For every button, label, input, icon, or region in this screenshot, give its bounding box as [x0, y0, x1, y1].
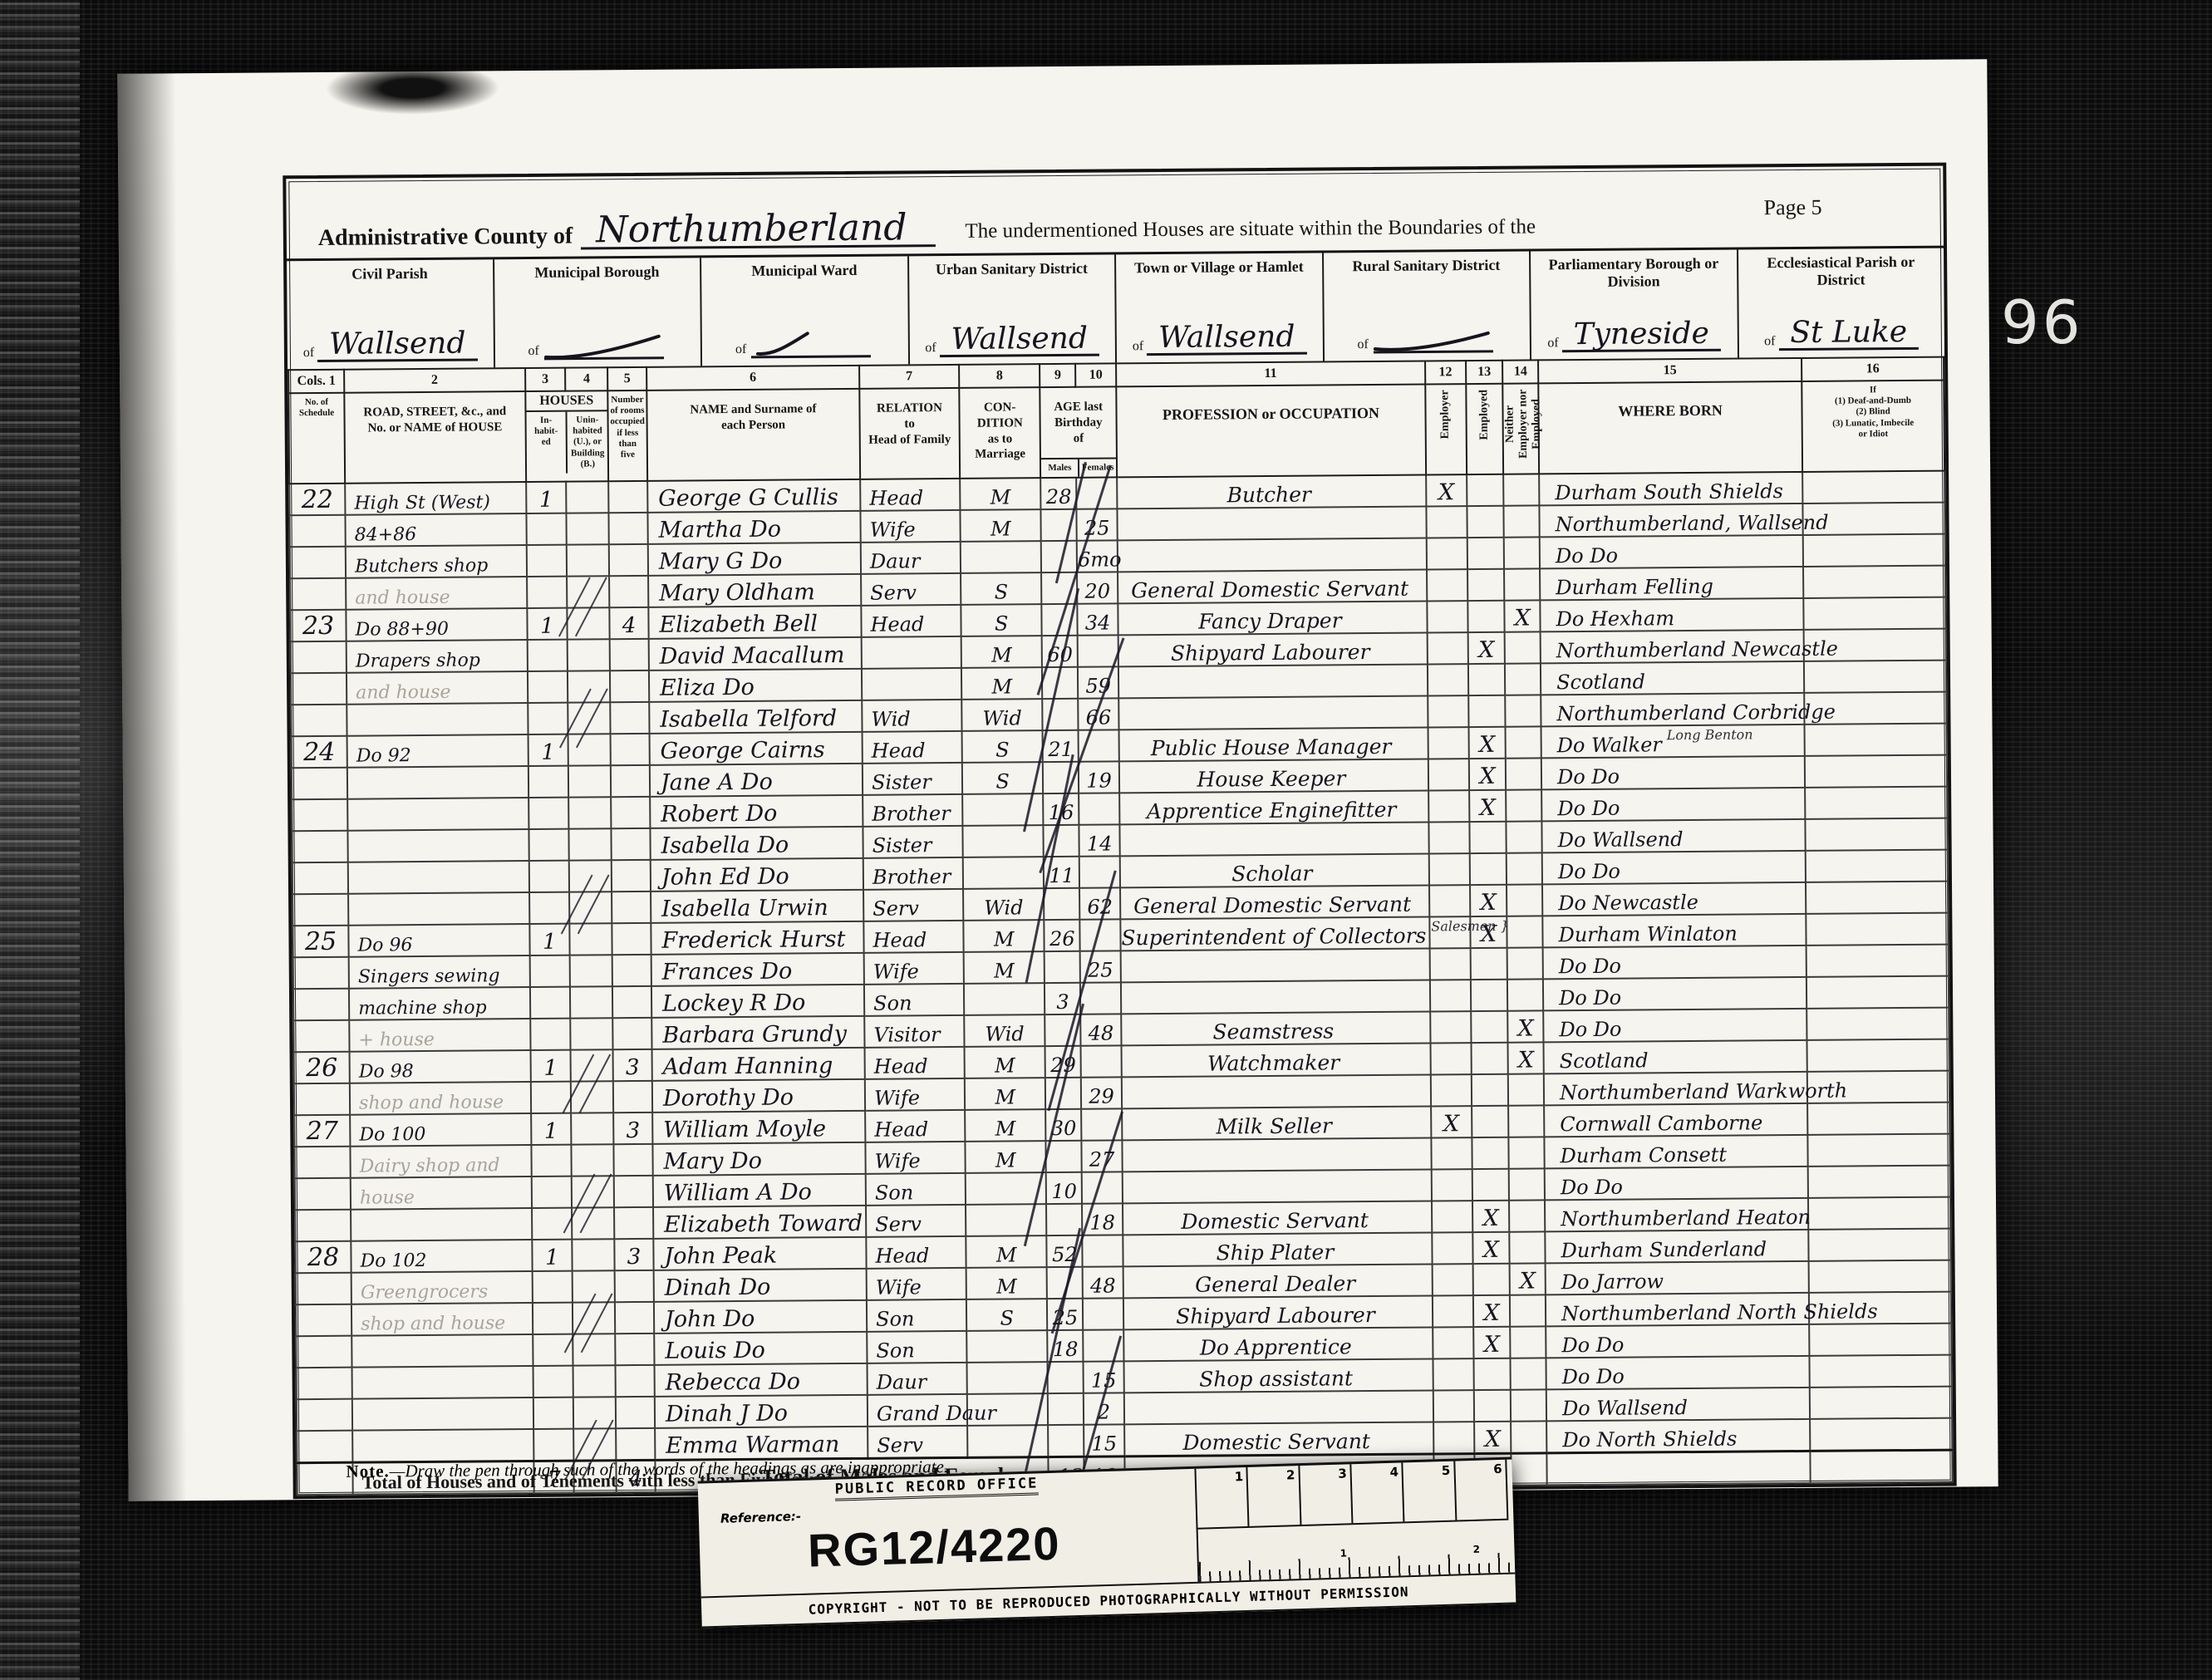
col-females-label: Females	[1079, 459, 1116, 478]
col-inhabited-label: In- habit- ed	[526, 412, 568, 474]
age-female	[1078, 636, 1118, 667]
person-name: Mary G Do	[648, 543, 861, 576]
marital-condition	[966, 1205, 1047, 1237]
employer-mark	[1428, 633, 1468, 665]
district-value: Wallsend	[1147, 323, 1307, 356]
employed-mark	[1467, 538, 1504, 569]
rooms-count	[610, 639, 649, 671]
marital-condition: S	[961, 731, 1043, 764]
ruler-scale: 1 2 3 4 5 6 1 2	[1195, 1460, 1511, 1582]
schedule-number	[291, 673, 347, 705]
occupation: Shipyard Labourer	[1123, 1296, 1433, 1330]
relation: Brother	[863, 857, 963, 890]
occupation	[1119, 823, 1428, 857]
blank-stroke	[750, 328, 874, 359]
schedule-number	[292, 894, 348, 926]
col-relation-label: RELATION to Head of Family	[860, 389, 959, 459]
where-born: Do Wallsend	[1541, 819, 1805, 852]
age-female: 18	[1082, 1204, 1123, 1235]
district-label: Rural Sanitary District	[1329, 257, 1525, 276]
column-labels-row: No. of Schedule ROAD, STREET, &c., and N…	[288, 381, 1944, 484]
totals-blank	[1512, 1453, 1547, 1486]
relation: Wife	[865, 1078, 965, 1111]
relation: Serv	[861, 573, 961, 606]
road-street: Greengrocers	[351, 1271, 533, 1304]
where-born: Scotland	[1544, 1040, 1807, 1073]
schedule-number	[295, 1210, 351, 1242]
houses-inhabited: 1	[528, 734, 568, 766]
age-female	[1079, 920, 1120, 951]
blank-stroke	[1372, 323, 1497, 354]
infirmity	[1806, 1008, 1949, 1040]
occupation	[1123, 1170, 1432, 1204]
age-female: 2	[1084, 1393, 1124, 1425]
age-female: 25	[1080, 951, 1121, 983]
district-label: Urban Sanitary District	[914, 259, 1110, 278]
occupation	[1122, 1138, 1431, 1172]
pro-reference-stamp: PUBLIC RECORD OFFICE Reference:- RG12/42…	[698, 1457, 1516, 1628]
rooms-count	[616, 1365, 655, 1397]
employed-mark: X	[1467, 632, 1505, 664]
age-female: 48	[1080, 1014, 1121, 1046]
where-born-text: Do Newcastle	[1558, 891, 1698, 915]
occupation-text: Shipyard Labourer	[1176, 1303, 1375, 1329]
ruler-sub-number: 2	[1472, 1544, 1480, 1555]
where-born: Do Do	[1541, 788, 1805, 821]
employed-mark	[1467, 569, 1505, 601]
employer-mark	[1428, 728, 1468, 759]
employed-mark	[1472, 1169, 1509, 1201]
marital-condition: S	[961, 605, 1042, 637]
road-street	[348, 892, 529, 926]
boundaries-text: The undermentioned Houses are situate wi…	[965, 215, 1536, 246]
houses-uninhabited	[568, 734, 611, 766]
age-male	[1041, 509, 1077, 541]
district-label: Town or Village or Hamlet	[1121, 258, 1317, 278]
where-born: Do Do	[1545, 1167, 1808, 1200]
infirmity	[1806, 976, 1949, 1009]
rooms-count	[612, 860, 651, 892]
marital-condition	[967, 1426, 1049, 1458]
rooms-count	[608, 481, 647, 513]
age-male	[1045, 888, 1080, 920]
employer-mark	[1428, 759, 1469, 791]
houses-inhabited: 1	[530, 1050, 571, 1082]
col-infirmity-label: If (1) Deaf-and-Dumb (2) Blind (3) Lunat…	[1802, 381, 1943, 444]
houses-inhabited	[529, 892, 570, 924]
where-born-text: Do North Shields	[1562, 1427, 1737, 1452]
where-born-text: Do Do	[1558, 860, 1620, 884]
neither-mark	[1506, 727, 1541, 759]
houses-inhabited	[530, 1019, 571, 1050]
occupation: General Domestic Servant	[1120, 886, 1429, 920]
district-parliamentary: Parliamentary Borough or Division of Tyn…	[1531, 250, 1739, 360]
rooms-count	[616, 1428, 655, 1461]
employed-mark	[1471, 980, 1508, 1011]
county-header: Administrative County of Northumberland …	[286, 166, 1944, 262]
relation: Son	[864, 984, 964, 1016]
relation: Serv	[866, 1205, 966, 1237]
neither-mark	[1511, 1422, 1546, 1454]
rooms-count	[613, 1081, 652, 1113]
employed-mark: X	[1473, 1327, 1511, 1358]
road-street	[352, 1366, 533, 1399]
houses-uninhabited	[573, 1398, 616, 1429]
where-born-text: Do Do	[1559, 986, 1621, 1010]
rooms-count	[612, 986, 651, 1018]
occupation: Ship Plater	[1123, 1233, 1432, 1267]
road-street: Drapers shop	[347, 640, 528, 673]
where-born-text: Do Walker	[1557, 734, 1662, 758]
houses-inhabited	[529, 955, 570, 987]
infirmity	[1808, 1229, 1950, 1261]
col-age-label: AGE last Birthday of	[1041, 387, 1116, 459]
neither-mark: X	[1505, 601, 1541, 632]
houses-inhabited	[526, 513, 567, 545]
rooms-count	[611, 797, 650, 828]
person-name: Frederick Hurst	[651, 921, 863, 955]
houses-uninhabited	[567, 482, 609, 513]
infirmity	[1809, 1260, 1951, 1293]
schedule-number	[292, 768, 347, 800]
age-male: 3	[1045, 983, 1080, 1014]
relation: Head	[863, 731, 962, 764]
col-houses-label: HOUSES	[526, 391, 607, 412]
person-name: Isabella Do	[650, 827, 863, 860]
where-born-text: Do Hexham	[1556, 607, 1674, 631]
district-header: Civil Parish of Wallsend Municipal Borou…	[287, 248, 1944, 370]
road-street: + house	[349, 1019, 530, 1052]
person-name: Mary Oldham	[648, 574, 861, 607]
relation: Sister	[863, 826, 962, 858]
marital-condition	[966, 1173, 1047, 1206]
age-male	[1046, 1204, 1082, 1235]
rooms-count	[609, 576, 648, 607]
person-name: Dinah Do	[654, 1269, 867, 1302]
occupation: General Domestic Servant	[1118, 570, 1427, 604]
schedule-number: 24	[292, 736, 347, 769]
infirmity	[1808, 1166, 1950, 1198]
occupation: Apprentice Enginefitter	[1119, 791, 1428, 825]
page-number: Page 5	[1763, 195, 1821, 241]
where-born: Do Do	[1541, 756, 1805, 789]
rooms-count	[612, 828, 651, 860]
age-female: 29	[1081, 1078, 1122, 1109]
age-female: 59	[1078, 667, 1118, 699]
age-male	[1042, 604, 1078, 636]
age-male	[1047, 1267, 1083, 1299]
relation: Son	[867, 1331, 966, 1363]
schedule-number: 28	[295, 1241, 351, 1274]
road-street: Do 98	[350, 1050, 531, 1083]
road-street: Do 100	[350, 1113, 531, 1147]
employed-mark	[1468, 695, 1506, 727]
houses-inhabited: 1	[527, 608, 568, 640]
where-born-text: Do Do	[1557, 797, 1620, 821]
road-street: Do 88+90	[346, 608, 527, 641]
neither-mark	[1504, 506, 1540, 538]
neither-mark	[1509, 1137, 1545, 1169]
road-street	[347, 798, 528, 831]
employed-mark: X	[1468, 759, 1506, 790]
person-name: Mary Do	[652, 1142, 865, 1176]
rooms-count	[610, 702, 649, 734]
where-born: Durham Consett	[1544, 1135, 1807, 1168]
relation: Serv	[863, 889, 963, 921]
col-employer-label: Employer	[1439, 390, 1453, 439]
houses-inhabited: 1	[529, 924, 570, 955]
houses-uninhabited	[572, 1145, 614, 1176]
age-male	[1043, 699, 1079, 730]
rooms-count	[609, 513, 648, 544]
age-male: 26	[1045, 920, 1080, 951]
person-name: Martha Do	[647, 511, 860, 544]
age-male	[1041, 541, 1077, 572]
marital-condition	[961, 542, 1042, 574]
where-born-text: Do Wallsend	[1558, 828, 1684, 852]
rooms-count	[614, 1207, 653, 1239]
houses-inhabited	[532, 1271, 573, 1303]
where-born: Northumberland, Wallsend	[1539, 504, 1802, 537]
age-female: 48	[1083, 1267, 1123, 1299]
road-street	[352, 1429, 533, 1462]
where-born-text: Northumberland Heaton	[1561, 1206, 1811, 1231]
road-street: Dairy shop and	[351, 1145, 532, 1178]
col-number: 12	[1425, 361, 1466, 384]
col-occupation-label: PROFESSION or OCCUPATION	[1117, 386, 1425, 444]
occupation	[1122, 1075, 1431, 1109]
age-female: 15	[1084, 1425, 1124, 1457]
district-value: Tyneside	[1561, 320, 1720, 352]
district-value: Wallsend	[939, 325, 1099, 357]
person-name: Frances Do	[651, 953, 864, 986]
neither-mark	[1507, 822, 1542, 853]
houses-inhabited	[530, 1082, 571, 1113]
age-male	[1043, 762, 1079, 793]
admin-county-label: Administrative County of	[318, 224, 573, 252]
relation: Visitor	[864, 1015, 964, 1048]
road-street: shop and house	[351, 1303, 533, 1336]
occupation: Milk Seller	[1122, 1107, 1431, 1141]
district-municipal-borough: Municipal Borough of	[494, 258, 703, 367]
occupation-text: Public House Manager	[1151, 734, 1392, 760]
marital-condition: M	[966, 1268, 1048, 1300]
relation: Grand Daur	[868, 1394, 967, 1427]
neither-mark	[1510, 1232, 1546, 1264]
age-male	[1042, 572, 1078, 604]
age-female: 25	[1077, 509, 1118, 541]
schedule-number	[293, 1020, 349, 1053]
employer-mark	[1430, 949, 1471, 980]
road-street	[348, 861, 529, 894]
person-name: Elizabeth Bell	[648, 606, 861, 639]
where-born-text: Do Do	[1557, 765, 1620, 789]
col-number: 15	[1538, 358, 1802, 383]
employed-mark	[1471, 1074, 1508, 1106]
infirmity	[1805, 755, 1947, 788]
where-born-text: Do Wallsend	[1562, 1397, 1688, 1421]
relation: Head	[865, 1110, 965, 1142]
neither-mark	[1507, 980, 1543, 1011]
marital-condition	[964, 984, 1045, 1016]
of-label: of	[303, 346, 314, 362]
relation: Son	[866, 1173, 966, 1206]
where-born: Northumberland North Shields	[1546, 1293, 1809, 1326]
where-born: Durham South Shields	[1539, 472, 1802, 505]
scanned-census-page: Administrative County of Northumberland …	[0, 0, 2212, 1680]
neither-mark	[1505, 664, 1541, 695]
occupation: House Keeper	[1119, 759, 1428, 793]
neither-mark	[1504, 569, 1540, 601]
stamp-reference-number: RG12/4220	[807, 1516, 1061, 1578]
employer-mark	[1429, 886, 1470, 917]
occupation-text: Shop assistant	[1199, 1367, 1353, 1392]
col-rooms-label: Number of rooms occupied if less than fi…	[608, 391, 646, 464]
employed-mark: X	[1472, 1232, 1510, 1264]
rooms-count: 3	[613, 1049, 652, 1081]
neither-mark	[1506, 695, 1541, 727]
houses-uninhabited	[568, 703, 611, 734]
col-number: 7	[859, 365, 959, 389]
relation: Wife	[865, 1142, 965, 1174]
marital-condition: M	[960, 510, 1041, 543]
relation: Head	[860, 479, 960, 511]
col-road-label: ROAD, STREET, &c., and No. or NAME of HO…	[345, 392, 524, 448]
district-town-village: Town or Village or Hamlet of Wallsend	[1116, 253, 1325, 362]
blank-stroke	[543, 330, 667, 361]
person-name: Lockey R Do	[651, 985, 864, 1018]
houses-uninhabited	[572, 1176, 614, 1208]
schedule-number	[291, 641, 347, 674]
marital-condition: M	[964, 952, 1045, 985]
age-female	[1083, 1330, 1123, 1362]
person-name: Barbara Grundy	[651, 1016, 864, 1049]
houses-inhabited: 1	[532, 1240, 573, 1271]
age-male: 10	[1046, 1172, 1082, 1204]
marital-condition: M	[961, 668, 1043, 700]
houses-uninhabited	[571, 1113, 613, 1145]
age-female: 27	[1082, 1141, 1123, 1172]
age-male	[1049, 1425, 1084, 1457]
marital-condition: M	[960, 479, 1041, 511]
schedule-number	[297, 1431, 352, 1463]
schedule-number	[289, 515, 345, 548]
where-born: Durham Felling	[1540, 567, 1803, 600]
houses-uninhabited	[568, 798, 611, 829]
rooms-count	[610, 671, 649, 702]
age-male	[1045, 951, 1080, 983]
employer-mark	[1427, 538, 1467, 570]
where-born-text: Durham Sunderland	[1561, 1238, 1767, 1263]
road-street: and house	[347, 671, 528, 705]
where-born: Do Do	[1546, 1324, 1809, 1358]
col-number: 11	[1116, 361, 1425, 387]
where-born: Northumberland Corbridge	[1541, 693, 1804, 726]
relation: Daur	[868, 1363, 967, 1395]
of-label: of	[925, 341, 936, 357]
where-born: Northumberland Warkworth	[1544, 1072, 1807, 1105]
col-condition-label: CON- DITION as to Marriage	[960, 388, 1040, 474]
rooms-count	[612, 955, 651, 986]
ruler-inch-number: 5	[1403, 1461, 1457, 1522]
occupation-text: Superintendent of Collectors	[1121, 924, 1426, 951]
houses-uninhabited	[570, 924, 612, 955]
schedule-number	[292, 831, 347, 863]
neither-mark	[1507, 948, 1543, 980]
where-born: Do Hexham	[1540, 598, 1803, 631]
person-name: William Moyle	[652, 1111, 865, 1144]
age-female	[1083, 1299, 1123, 1330]
employer-mark	[1429, 854, 1470, 886]
age-male	[1044, 825, 1079, 857]
age-male	[1048, 1393, 1084, 1425]
where-born-text: Do Do	[1561, 1334, 1624, 1358]
houses-inhabited	[533, 1366, 573, 1398]
occupation	[1121, 949, 1430, 983]
infirmity	[1803, 566, 1945, 598]
houses-uninhabited	[569, 861, 612, 892]
neither-mark	[1511, 1358, 1546, 1390]
houses-inhabited	[528, 703, 568, 734]
person-name: Isabella Urwin	[651, 890, 863, 923]
person-name: Eliza Do	[649, 669, 862, 702]
occupation-text: Shipyard Labourer	[1171, 640, 1370, 666]
employer-mark	[1430, 1044, 1471, 1075]
houses-inhabited	[527, 577, 568, 608]
rooms-count	[612, 892, 651, 923]
age-female: 34	[1077, 604, 1118, 636]
occupation	[1118, 538, 1427, 572]
neither-mark	[1510, 1295, 1546, 1327]
neither-mark	[1507, 853, 1542, 885]
houses-inhabited	[530, 987, 571, 1019]
where-born-text: Durham Winlaton	[1558, 922, 1737, 947]
marital-condition	[966, 1331, 1048, 1363]
marital-condition: M	[965, 1142, 1046, 1174]
houses-inhabited: 1	[526, 482, 567, 513]
where-born-note: Long Benton	[1667, 727, 1753, 744]
of-label: of	[1547, 336, 1558, 352]
person-name: William A Do	[653, 1174, 866, 1207]
where-born-text: Durham Felling	[1556, 575, 1713, 599]
age-female	[1079, 730, 1119, 762]
schedule-number	[295, 1178, 351, 1211]
employed-mark	[1470, 948, 1507, 980]
age-male: 60	[1042, 636, 1078, 667]
occupation-text: Domestic Servant	[1181, 1209, 1369, 1235]
neither-mark	[1507, 916, 1543, 948]
person-name: David Macallum	[649, 637, 862, 671]
of-label: of	[1357, 337, 1368, 354]
employer-mark: X	[1426, 475, 1467, 507]
person-name: John Do	[654, 1300, 867, 1334]
person-name: Robert Do	[650, 795, 863, 828]
houses-inhabited	[528, 766, 568, 798]
employer-mark	[1427, 602, 1467, 633]
rooms-count	[611, 765, 650, 797]
occupation-text: Do Apprentice	[1200, 1335, 1352, 1360]
where-born-text: Do Do	[1556, 544, 1618, 568]
rooms-count	[615, 1302, 654, 1334]
road-street: High St (West)	[345, 482, 526, 515]
admin-county-value: Northumberland	[581, 212, 935, 250]
houses-uninhabited	[567, 577, 609, 608]
marital-condition: M	[964, 1047, 1045, 1079]
rooms-count: 4	[610, 607, 649, 639]
employer-mark	[1430, 1012, 1471, 1044]
road-street: 84+86	[346, 513, 527, 547]
houses-uninhabited	[567, 545, 609, 577]
